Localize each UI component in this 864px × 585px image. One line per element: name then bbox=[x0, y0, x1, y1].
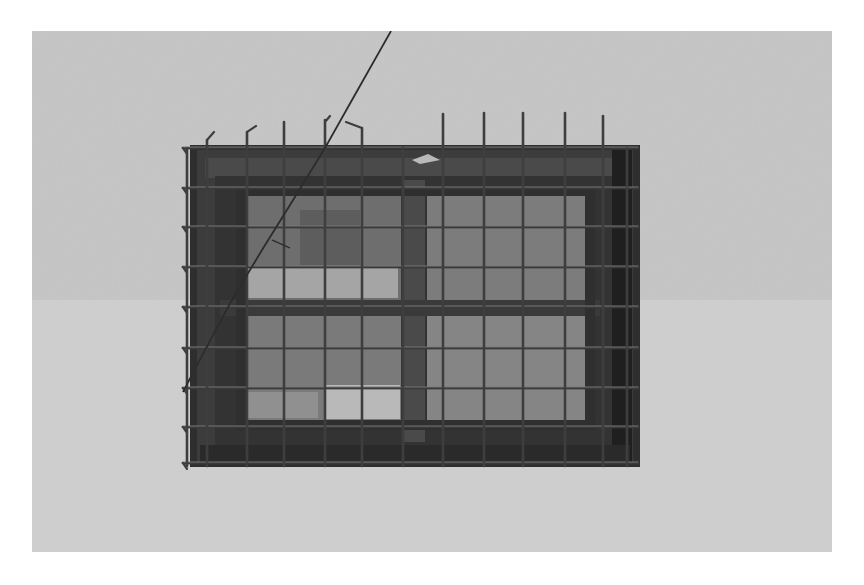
photograph bbox=[32, 31, 832, 552]
window-scene bbox=[32, 31, 832, 552]
